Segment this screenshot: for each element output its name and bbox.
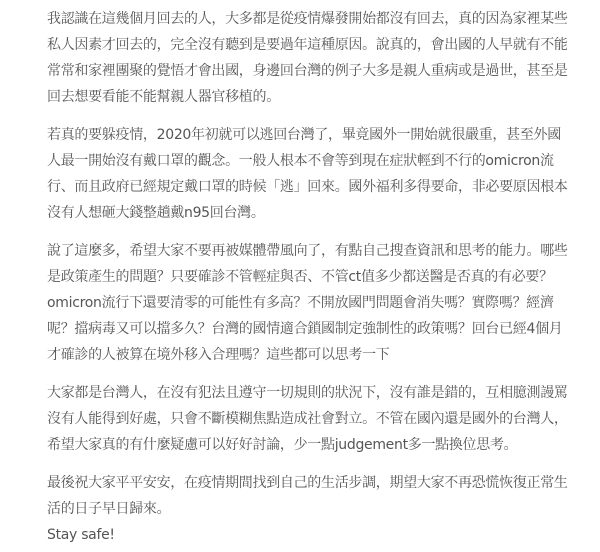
paragraph-signoff: Stay safe! (47, 522, 576, 548)
text-line: 才確診的人被算在境外移入合理嗎？這些都可以思考一下 (47, 342, 576, 368)
text-line: 說了這麼多，希望大家不要再被媒體帶風向了，有點自己搜查資訊和思考的能力。哪些 (47, 238, 576, 264)
text-line: 呢？擋病毒又可以擋多久？台灣的國情適合鎖國制定強制性的政策嗎？回台已經4個月 (47, 316, 576, 342)
text-line: 回去想要看能不能幫親人器官移植的。 (47, 84, 576, 110)
text-line: 大家都是台灣人，在沒有犯法且遵守一切規則的狀況下，沒有誰是錯的，互相臆測謾罵 (47, 380, 576, 406)
text-line: Stay safe! (47, 522, 576, 548)
text-line: 人最一開始沒有戴口罩的觀念。一般人根本不會等到現在症狀輕到不行的omicron流 (47, 148, 576, 174)
paragraph: 大家都是台灣人，在沒有犯法且遵守一切規則的狀況下，沒有誰是錯的，互相臆測謾罵 沒… (47, 380, 576, 458)
text-line: 沒有人能得到好處，只會不斷模糊焦點造成社會對立。不管在國內還是國外的台灣人， (47, 406, 576, 432)
text-line: 我認識在這幾個月回去的人，大多都是從疫情爆發開始都沒有回去，真的因為家裡某些 (47, 6, 576, 32)
text-line: 若真的要躲疫情，2020年初就可以逃回台灣了，畢竟國外一開始就很嚴重，甚至外國 (47, 122, 576, 148)
text-line: 私人因素才回去的，完全沒有聽到是要過年這種原因。說真的，會出國的人早就有不能 (47, 32, 576, 58)
text-line: 行、而且政府已經規定戴口罩的時候「逃」回來。國外福利多得要命，非必要原因根本 (47, 174, 576, 200)
text-line: 是政策產生的問題？只要確診不管輕症與否、不管ct值多少都送醫是否真的有必要？ (47, 264, 576, 290)
paragraph: 我認識在這幾個月回去的人，大多都是從疫情爆發開始都沒有回去，真的因為家裡某些 私… (47, 6, 576, 110)
paragraph: 若真的要躲疫情，2020年初就可以逃回台灣了，畢竟國外一開始就很嚴重，甚至外國 … (47, 122, 576, 226)
text-line: 活的日子早日歸來。 (47, 496, 576, 522)
text-line: 常常和家裡團聚的覺悟才會出國，身邊回台灣的例子大多是親人重病或是過世，甚至是 (47, 58, 576, 84)
text-line: 沒有人想砸大錢整趟戴n95回台灣。 (47, 200, 576, 226)
text-line: 希望大家真的有什麼疑慮可以好好討論，少一點judgement多一點換位思考。 (47, 432, 576, 458)
article-body: 我認識在這幾個月回去的人，大多都是從疫情爆發開始都沒有回去，真的因為家裡某些 私… (0, 0, 600, 548)
paragraph: 說了這麼多，希望大家不要再被媒體帶風向了，有點自己搜查資訊和思考的能力。哪些 是… (47, 238, 576, 368)
paragraph: 最後祝大家平平安安，在疫情期間找到自己的生活步調，期望大家不再恐慌恢復正常生 活… (47, 470, 576, 522)
text-line: 最後祝大家平平安安，在疫情期間找到自己的生活步調，期望大家不再恐慌恢復正常生 (47, 470, 576, 496)
text-line: omicron流行下還要清零的可能性有多高？不開放國門問題會消失嗎？實際嗎？經濟 (47, 290, 576, 316)
